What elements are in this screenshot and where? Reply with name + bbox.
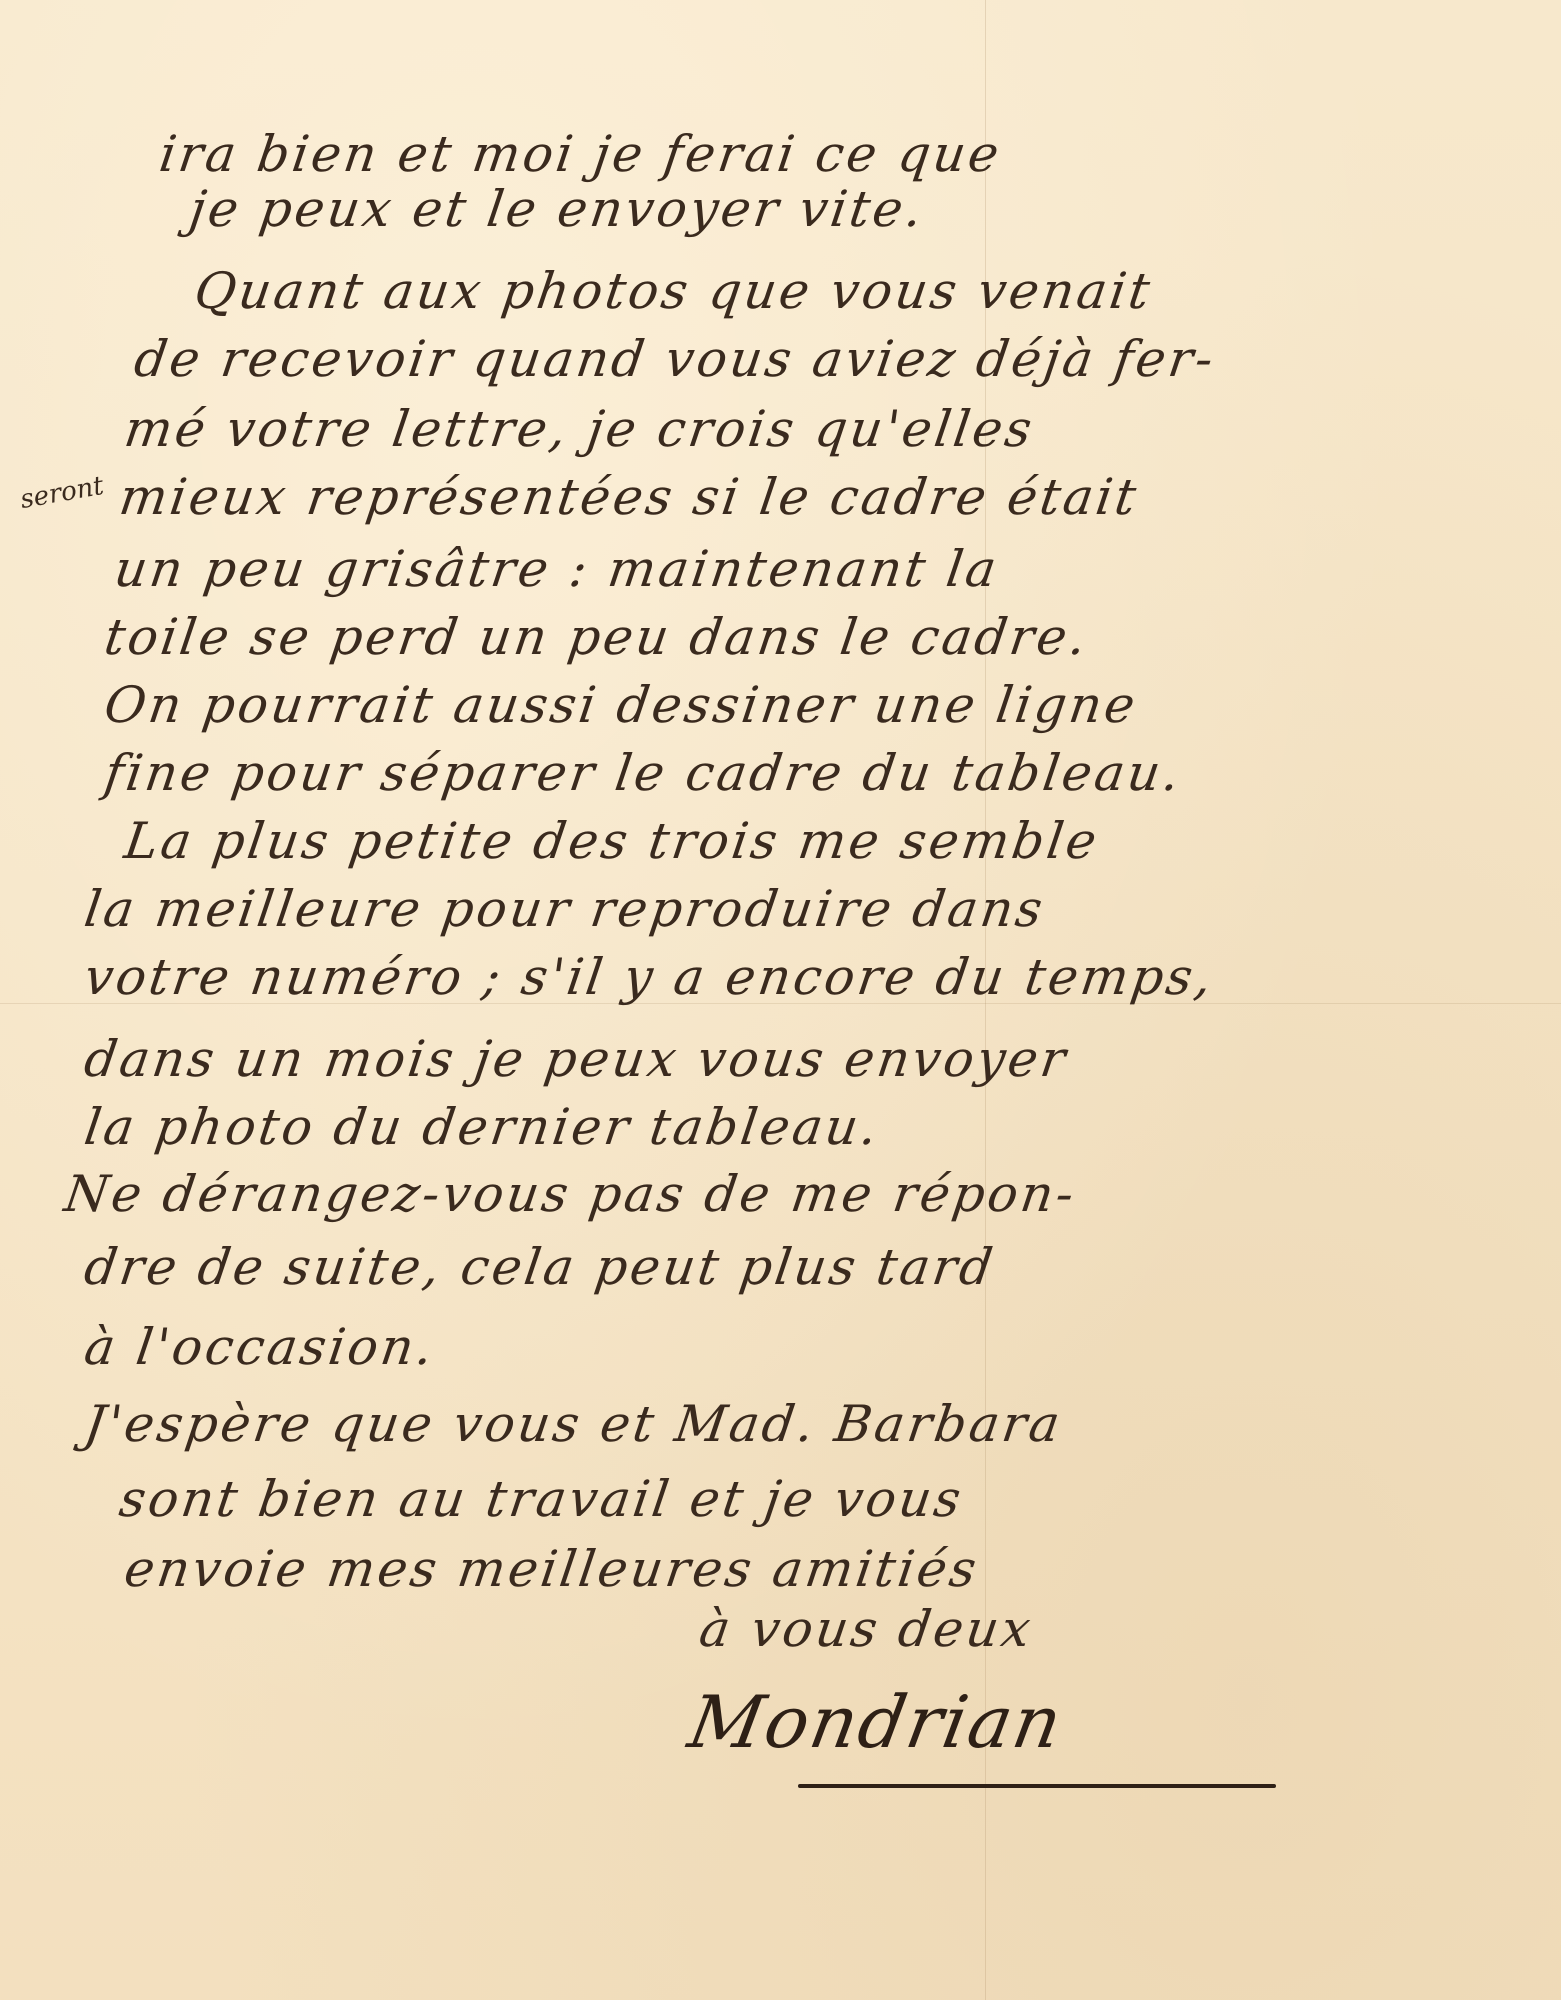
letter-line-16: Ne dérangez-vous pas de me répon- <box>61 1165 1080 1223</box>
letter-line-4: de recevoir quand vous aviez déjà fer- <box>131 330 1220 388</box>
letter-line-18: à l'occasion. <box>81 1318 439 1376</box>
signature-underline <box>798 1784 1276 1788</box>
letter-line-9: On pourrait aussi dessiner une ligne <box>101 676 1142 734</box>
letter-line-20: sont bien au travail et je vous <box>116 1470 967 1528</box>
letter-line-21: envoie mes meilleures amitiés <box>121 1540 983 1598</box>
letter-line-14: dans un mois je peux vous envoyer <box>81 1030 1072 1088</box>
letter-line-6: mieux représentées si le cadre était <box>116 468 1143 526</box>
letter-line-12: la meilleure pour reproduire dans <box>81 880 1049 938</box>
letter-line-11: La plus petite des trois me semble <box>121 812 1103 870</box>
letter-line-7: un peu grisâtre : maintenant la <box>111 540 1003 598</box>
letter-line-3: Quant aux photos que vous venait <box>191 262 1156 320</box>
margin-note: seront <box>18 471 106 515</box>
letter-line-5: mé votre lettre, je crois qu'elles <box>121 400 1038 458</box>
signature: Mondrian <box>683 1680 1070 1764</box>
letter-line-2: je peux et le envoyer vite. <box>186 180 929 238</box>
letter-line-15: la photo du dernier tableau. <box>81 1098 884 1156</box>
letter-line-17: dre de suite, cela peut plus tard <box>81 1238 999 1296</box>
letter-line-10: fine pour séparer le cadre du tableau. <box>101 744 1186 802</box>
letter-line-19: J'espère que vous et Mad. Barbara <box>81 1395 1066 1453</box>
letter-page: seront ira bien et moi je ferai ce que j… <box>0 0 1561 2000</box>
letter-line-22: à vous deux <box>696 1600 1037 1658</box>
letter-line-1: ira bien et moi je ferai ce que <box>156 125 1005 183</box>
letter-line-13: votre numéro ; s'il y a encore du temps, <box>81 948 1218 1006</box>
letter-line-8: toile se perd un peu dans le cadre. <box>101 608 1093 666</box>
